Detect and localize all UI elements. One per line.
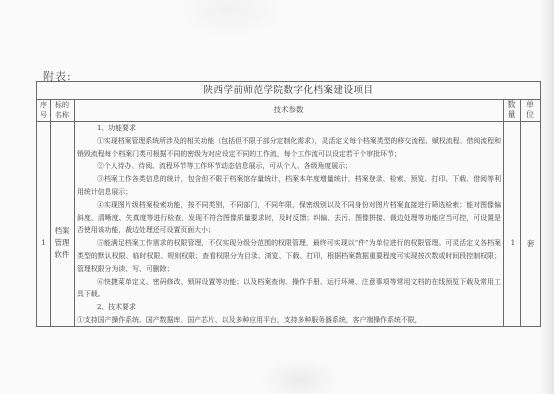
param-item: ③档案工作各类信息的统计，包含但不限于档案馆存量统计，档案本年度增量统计，档案登… bbox=[77, 173, 501, 199]
header-params-label: 技术参数 bbox=[74, 105, 503, 115]
param-item: ④实现图片级档案检索功能，按不同类别，不同部门，不同年限，保密级别以及不同身份对… bbox=[77, 199, 501, 237]
row-seq: 1 bbox=[37, 122, 50, 326]
project-spec-table: 陕西学前师范学院数字化档案建设项目 序 号 标的 名称 技术参数 数 量 bbox=[36, 81, 541, 327]
header-unit-line2: 位 bbox=[526, 110, 534, 120]
header-qty-line2: 量 bbox=[508, 110, 516, 120]
row-item-name-line1: 档案 bbox=[55, 225, 70, 237]
header-params: 技术参数 bbox=[74, 99, 503, 121]
header-unit: 单 位 bbox=[520, 99, 540, 121]
row-item-name: 档案 管理 软件 bbox=[50, 122, 74, 326]
header-qty-line1: 数 bbox=[508, 100, 516, 110]
row-quantity: 1 bbox=[506, 122, 520, 326]
header-unit-line1: 单 bbox=[526, 100, 534, 110]
header-name-line2: 名称 bbox=[55, 110, 69, 120]
param-item: ⑥快捷菜单定义、密码修改、锁屏设置等功能；以及档案查询、操作手册、运行环境、注意… bbox=[77, 276, 501, 302]
param-item: ①实现档案管理系统所涉及的相关功能（包括但不限于部分定制化需求），灵活定义每个档… bbox=[77, 135, 501, 161]
param-section-heading: 2、技术要求 bbox=[77, 301, 501, 314]
row-unit: 套 bbox=[521, 122, 540, 326]
row-item-name-line3: 软件 bbox=[55, 249, 70, 261]
header-seq: 序 号 bbox=[37, 99, 50, 121]
header-seq-line1: 序 bbox=[40, 100, 47, 110]
param-item: ②个人待办、待阅、流程环节等工作环节动态信息展示，可从个人、各级角度展示； bbox=[77, 160, 501, 173]
header-seq-line2: 号 bbox=[40, 110, 47, 120]
param-item: ①支持国产操作系统、国产数据库、国产芯片、以及多种应用平台，支持多种服务器系统，… bbox=[77, 314, 501, 326]
header-qty: 数 量 bbox=[503, 99, 520, 121]
param-section-heading: 1、功能要求 bbox=[77, 122, 501, 135]
table-header-row: 序 号 标的 名称 技术参数 数 量 单 位 bbox=[37, 99, 540, 122]
param-item: ⑤能满足档案工作需求的权限管理，不仅实现分级分范围的权限管理，最终可实现以“件”… bbox=[77, 237, 501, 275]
header-name: 标的 名称 bbox=[50, 99, 74, 121]
header-name-line1: 标的 bbox=[55, 100, 69, 110]
row-item-name-line2: 管理 bbox=[55, 237, 70, 249]
table-title: 陕西学前师范学院数字化档案建设项目 bbox=[37, 82, 540, 100]
row-technical-params: 1、功能要求 ①实现档案管理系统所涉及的相关功能（包括但不限于部分定制化需求），… bbox=[77, 122, 501, 326]
table-row: 1 档案 管理 软件 1、功能要求 ①实现档案管理系统所涉及的相关功能（包括但不… bbox=[37, 122, 540, 326]
